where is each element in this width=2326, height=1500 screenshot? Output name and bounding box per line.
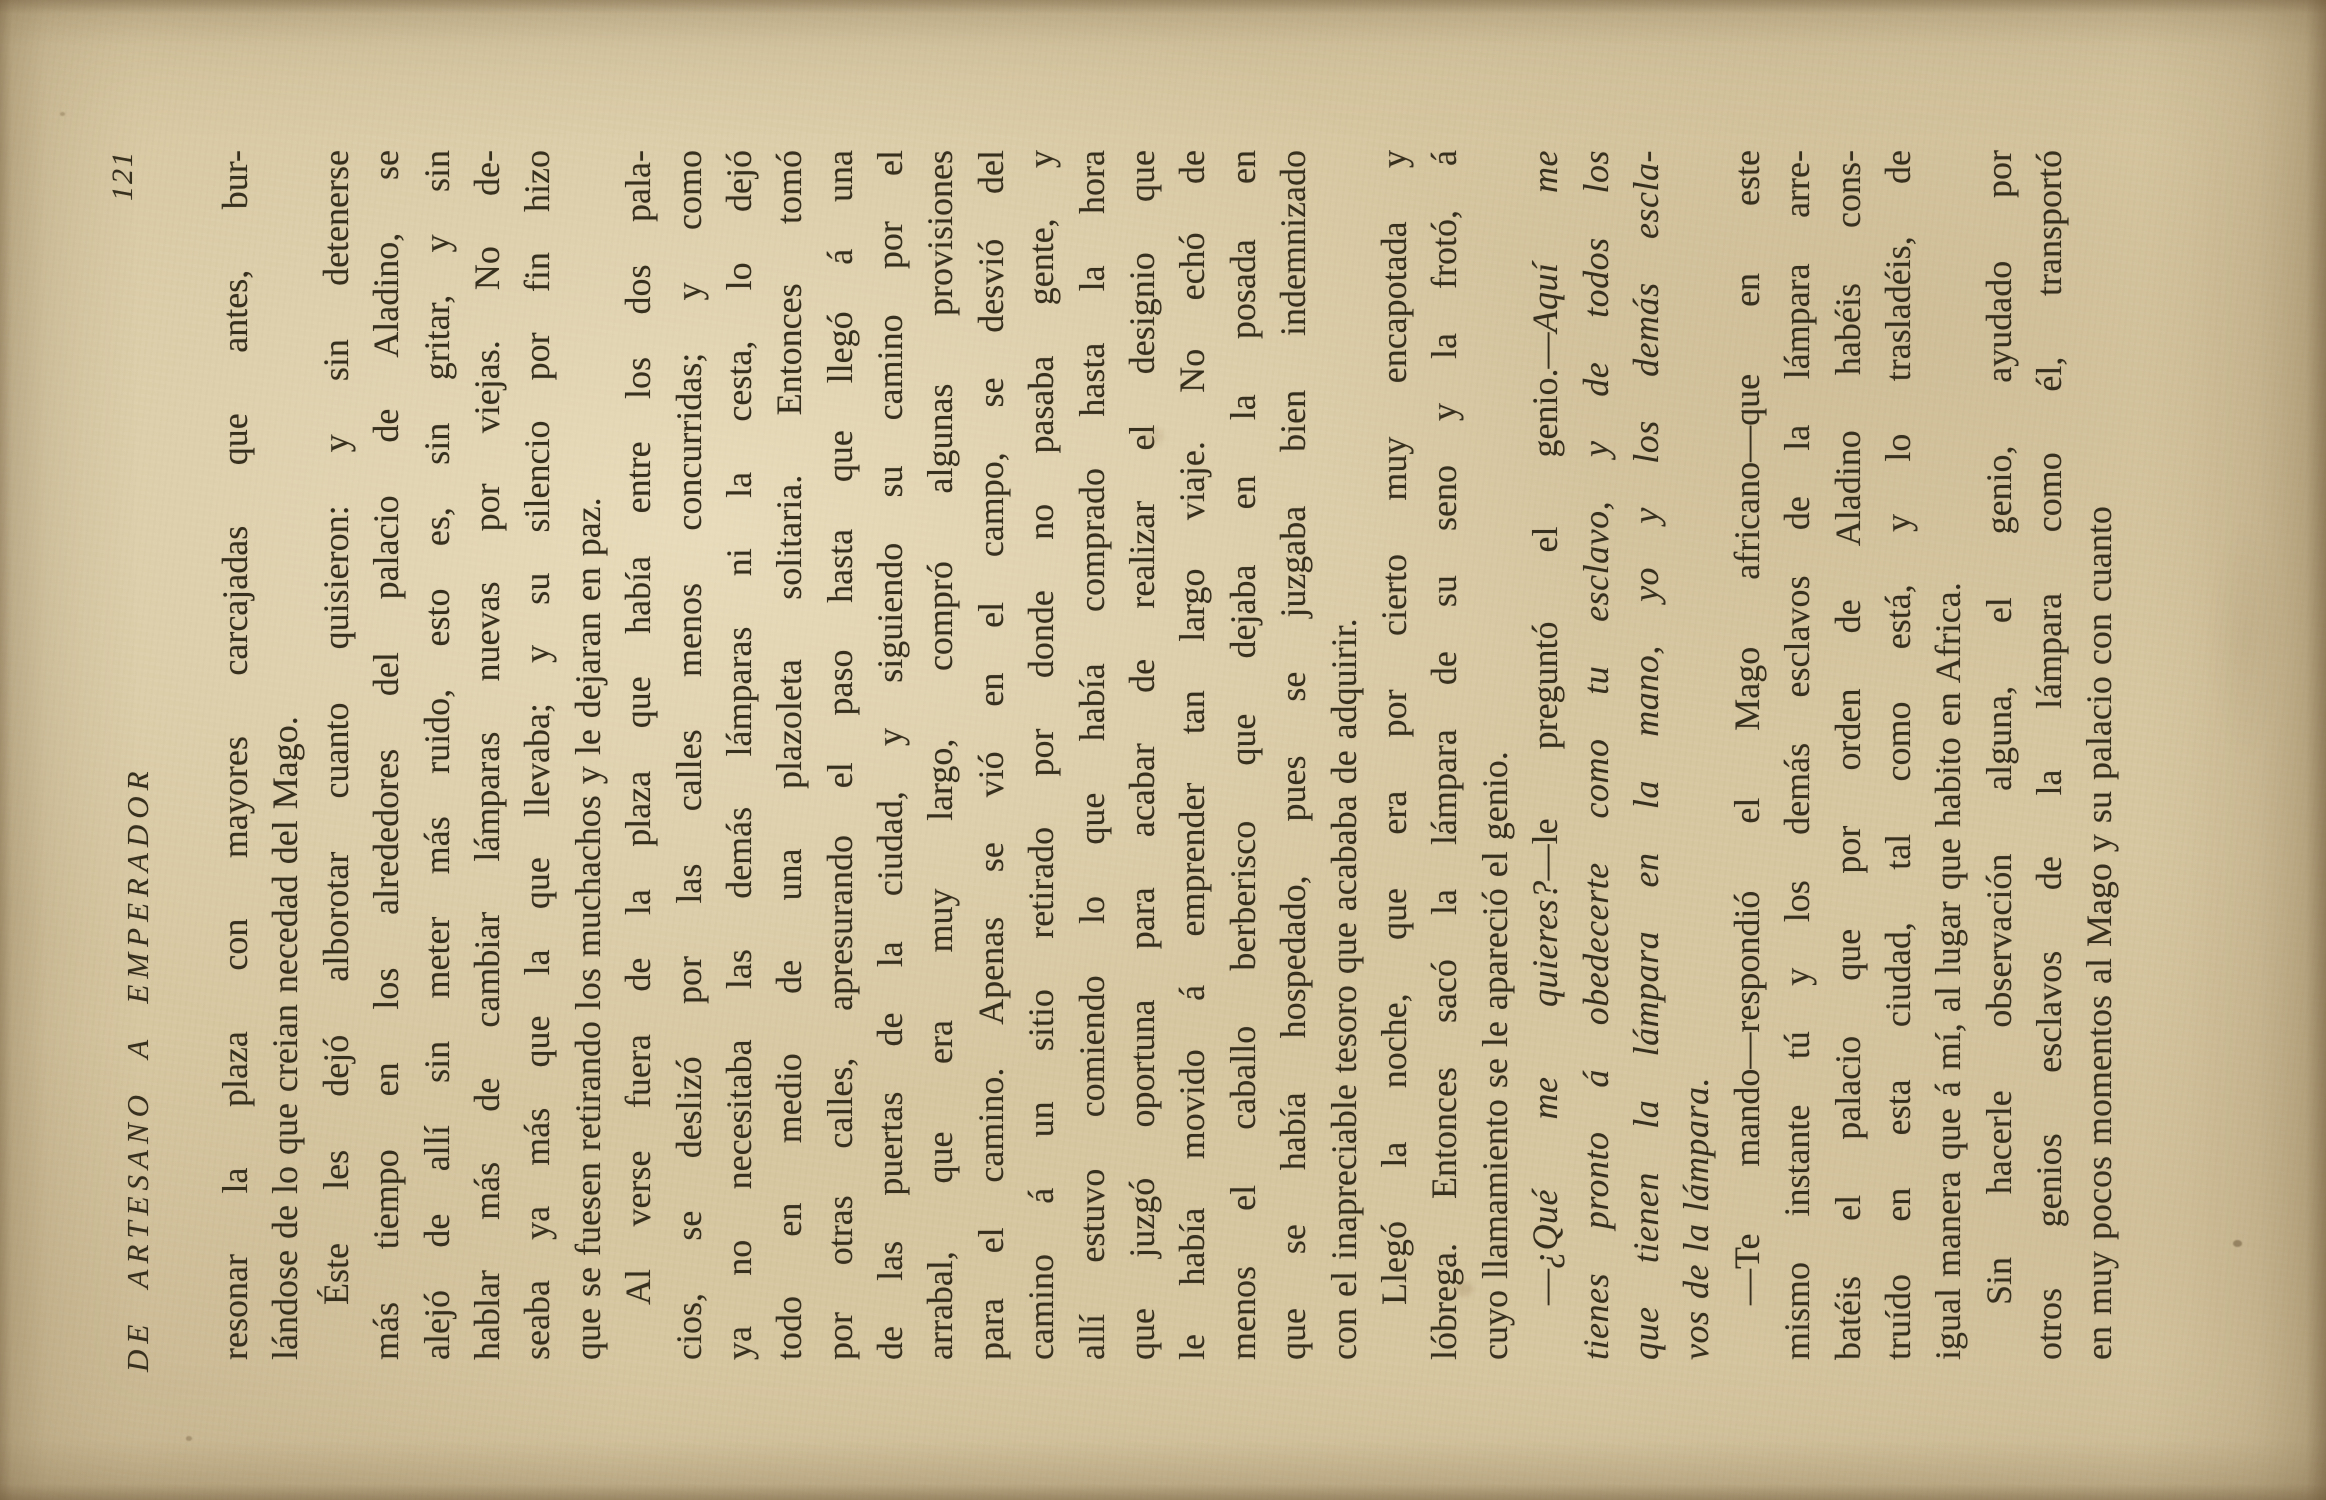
text-segment: —le preguntó el genio.—: [1525, 332, 1565, 880]
running-head: DE ARTESANO A EMPERADOR 121: [120, 150, 156, 1372]
text-segment: batéis el palacio que por orden de Aladi…: [1828, 150, 1868, 1360]
text-line: allí estuvo comiendo lo que había compra…: [1067, 150, 1117, 1360]
text-segment: para el camino. Apenas se vió en el camp…: [971, 150, 1011, 1360]
text-line: resonar la plaza con mayores carcajadas …: [210, 150, 260, 1360]
text-line: para el camino. Apenas se vió en el camp…: [966, 150, 1016, 1360]
scan-edge-shadow-left: [0, 0, 12, 1500]
text-segment: lándose de lo que creian necedad del Mag…: [265, 716, 305, 1360]
text-line: ya no necesitaba las demás lámparas ni l…: [714, 150, 764, 1360]
page-number: 121: [106, 150, 140, 201]
text-segment: hablar más de cambiar lámparas nuevas po…: [467, 150, 507, 1360]
text-line: igual manera que á mí, al lugar que habi…: [1923, 150, 1973, 1360]
italic-text-segment: tienes pronto á obedecerte como tu escla…: [1576, 150, 1616, 1360]
text-line: con el inapreciable tesoro que acababa d…: [1319, 150, 1369, 1360]
text-line: le había movido á emprender tan largo vi…: [1167, 150, 1217, 1360]
text-segment: truído en esta ciudad, tal como está, y …: [1878, 150, 1918, 1360]
text-line: que se fuesen retirando los muchachos y …: [563, 150, 613, 1360]
text-segment: resonar la plaza con mayores carcajadas …: [215, 150, 255, 1360]
text-segment: con el inapreciable tesoro que acababa d…: [1324, 618, 1364, 1360]
book-page-scan: DE ARTESANO A EMPERADOR 121 resonar la p…: [0, 0, 2326, 1500]
text-segment: lóbrega. Entonces sacó la lámpara de su …: [1424, 150, 1464, 1360]
text-segment: allí estuvo comiendo lo que había compra…: [1072, 150, 1112, 1360]
text-line: seaba ya más que la que llevaba; y su si…: [512, 150, 562, 1360]
text-line: en muy pocos momentos al Mago y su palac…: [2074, 150, 2124, 1360]
text-line: que juzgó oportuna para acabar de realiz…: [1117, 150, 1167, 1360]
text-segment: que juzgó oportuna para acabar de realiz…: [1122, 150, 1162, 1360]
scan-edge-shadow-top: [0, 0, 2326, 14]
text-segment: todo en medio de una plazoleta solitaria…: [769, 150, 809, 1360]
text-segment: camino á un sitio retirado por donde no …: [1021, 150, 1061, 1360]
text-line: Llegó la noche, que era por cierto muy e…: [1369, 150, 1419, 1360]
text-segment: Sin hacerle observación alguna, el genio…: [1979, 150, 2019, 1305]
text-segment: que se había hospedado, pues se juzgaba …: [1273, 150, 1313, 1360]
text-segment: Al verse fuera de la plaza que había ent…: [618, 150, 658, 1305]
text-line: más tiempo en los alrededores del palaci…: [361, 150, 411, 1360]
text-segment: seaba ya más que la que llevaba; y su si…: [517, 150, 557, 1360]
text-segment: —Te mando—respondió el Mago africano—que…: [1727, 150, 1767, 1305]
running-title: DE ARTESANO A EMPERADOR: [120, 765, 156, 1372]
text-segment: Éste les dejó alborotar cuanto quisieron…: [316, 150, 356, 1305]
text-segment: más tiempo en los alrededores del palaci…: [366, 150, 406, 1360]
italic-text-segment: vos de la lámpara.: [1676, 1077, 1716, 1360]
text-segment: Llegó la noche, que era por cierto muy e…: [1374, 150, 1414, 1305]
text-line: tienes pronto á obedecerte como tu escla…: [1571, 150, 1621, 1360]
text-segment: menos el caballo berberisco que dejaba e…: [1223, 150, 1263, 1360]
text-line: Al verse fuera de la plaza que había ent…: [613, 150, 663, 1360]
text-segment: mismo instante tú y los demás esclavos d…: [1777, 150, 1817, 1360]
text-line: hablar más de cambiar lámparas nuevas po…: [462, 150, 512, 1360]
text-segment: en muy pocos momentos al Mago y su palac…: [2079, 506, 2119, 1360]
text-line: que tienen la lámpara en la mano, yo y l…: [1621, 150, 1671, 1360]
text-line: otros genios esclavos de la lámpara como…: [2024, 150, 2074, 1360]
rotated-page: DE ARTESANO A EMPERADOR 121 resonar la p…: [0, 0, 2326, 1500]
text-line: cios, se deslizó por las calles menos co…: [664, 150, 714, 1360]
text-line: por otras calles, apresurando el paso ha…: [815, 150, 865, 1360]
text-segment: cuyo llamamiento se le apareció el genio…: [1475, 751, 1515, 1360]
text-line: arrabal, que era muy largo, compró algun…: [915, 150, 965, 1360]
text-line: de las puertas de la ciudad, y siguiendo…: [865, 150, 915, 1360]
text-line: —Te mando—respondió el Mago africano—que…: [1722, 150, 1772, 1360]
text-line: Éste les dejó alborotar cuanto quisieron…: [311, 150, 361, 1360]
text-line: lóbrega. Entonces sacó la lámpara de su …: [1419, 150, 1469, 1360]
text-segment: ya no necesitaba las demás lámparas ni l…: [719, 150, 759, 1360]
text-segment: le había movido á emprender tan largo vi…: [1172, 150, 1212, 1360]
text-line: todo en medio de una plazoleta solitaria…: [764, 150, 814, 1360]
text-line: —¿Qué me quieres?—le preguntó el genio.—…: [1520, 150, 1570, 1360]
text-line: vos de la lámpara.: [1671, 150, 1721, 1360]
text-segment: —: [1525, 1269, 1565, 1305]
text-line: que se había hospedado, pues se juzgaba …: [1268, 150, 1318, 1360]
text-segment: otros genios esclavos de la lámpara como…: [2029, 150, 2069, 1360]
text-segment: por otras calles, apresurando el paso ha…: [820, 150, 860, 1360]
italic-text-segment: ¿Qué me quieres?: [1525, 880, 1565, 1269]
text-segment: igual manera que á mí, al lugar que habi…: [1928, 582, 1968, 1360]
scan-edge-shadow-right: [2306, 0, 2326, 1500]
text-line: alejó de allí sin meter más ruido, esto …: [412, 150, 462, 1360]
text-line: menos el caballo berberisco que dejaba e…: [1218, 150, 1268, 1360]
text-line: Sin hacerle observación alguna, el genio…: [1974, 150, 2024, 1360]
text-line: lándose de lo que creian necedad del Mag…: [260, 150, 310, 1360]
scan-edge-shadow-bottom: [0, 1484, 2326, 1500]
text-line: mismo instante tú y los demás esclavos d…: [1772, 150, 1822, 1360]
text-segment: cios, se deslizó por las calles menos co…: [669, 150, 709, 1360]
text-line: cuyo llamamiento se le apareció el genio…: [1470, 150, 1520, 1360]
text-segment: alejó de allí sin meter más ruido, esto …: [417, 150, 457, 1360]
text-segment: arrabal, que era muy largo, compró algun…: [920, 150, 960, 1360]
body-text: resonar la plaza con mayores carcajadas …: [210, 150, 2125, 1360]
text-segment: que se fuesen retirando los muchachos y …: [568, 497, 608, 1360]
italic-text-segment: que tienen la lámpara en la mano, yo y l…: [1626, 150, 1666, 1360]
text-line: camino á un sitio retirado por donde no …: [1016, 150, 1066, 1360]
italic-text-segment: Aquí me: [1525, 150, 1565, 332]
text-line: truído en esta ciudad, tal como está, y …: [1873, 150, 1923, 1360]
text-line: batéis el palacio que por orden de Aladi…: [1823, 150, 1873, 1360]
text-segment: de las puertas de la ciudad, y siguiendo…: [870, 150, 910, 1360]
